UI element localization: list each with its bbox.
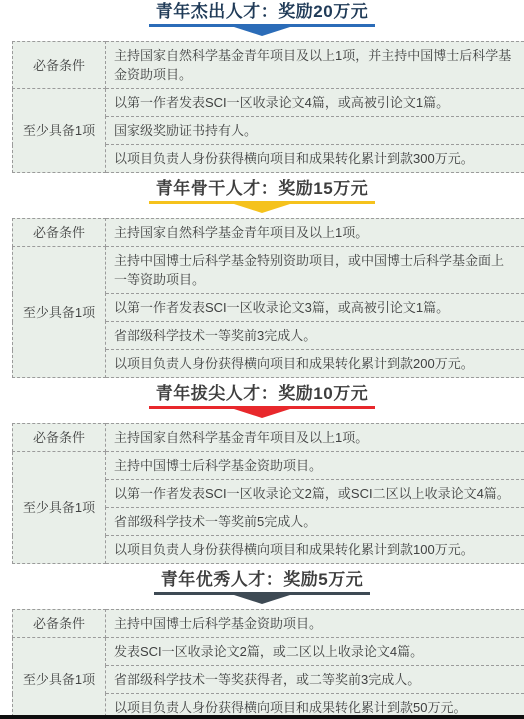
requirement-text: 主持中国博士后科学基金资助项目。 <box>106 610 524 638</box>
requirement-text: 以第一作者发表SCI一区收录论文4篇，或高被引论文1篇。 <box>106 89 524 117</box>
requirements-table: 必备条件 主持国家自然科学基金青年项目及以上1项，并主持中国博士后科学基金资助项… <box>12 41 524 173</box>
requirement-text: 以第一作者发表SCI一区收录论文3篇，或高被引论文1篇。 <box>106 294 524 322</box>
section-title-text: 青年优秀人才：奖励5万元 <box>154 569 370 595</box>
required-condition-label: 必备条件 <box>13 424 106 452</box>
requirements-table: 必备条件 主持国家自然科学基金青年项目及以上1项。 至少具备1项 主持中国博士后… <box>12 423 524 564</box>
table-row: 必备条件 主持国家自然科学基金青年项目及以上1项，并主持中国博士后科学基金资助项… <box>13 42 524 89</box>
section-title-text: 青年拔尖人才：奖励10万元 <box>149 383 375 409</box>
table-row: 至少具备1项 主持中国博士后科学基金特别资助项目，或中国博士后科学基金面上一等资… <box>13 247 524 294</box>
requirement-text: 主持中国博士后科学基金资助项目。 <box>106 452 524 480</box>
section-title: 青年杰出人才：奖励20万元 <box>0 0 524 27</box>
requirement-text: 省部级科学技术一等奖前3完成人。 <box>106 322 524 350</box>
table-row: 必备条件 主持国家自然科学基金青年项目及以上1项。 <box>13 219 524 247</box>
requirement-text: 主持中国博士后科学基金特别资助项目，或中国博士后科学基金面上一等资助项目。 <box>106 247 524 294</box>
table-row: 必备条件 主持国家自然科学基金青年项目及以上1项。 <box>13 424 524 452</box>
optional-condition-label: 至少具备1项 <box>13 452 106 564</box>
requirement-text: 主持国家自然科学基金青年项目及以上1项。 <box>106 424 524 452</box>
chevron-down-icon <box>234 204 290 213</box>
required-condition-label: 必备条件 <box>13 610 106 638</box>
section-topnotch-talent: 青年拔尖人才：奖励10万元 必备条件 主持国家自然科学基金青年项目及以上1项。 … <box>0 378 524 564</box>
section-backbone-talent: 青年骨干人才：奖励15万元 必备条件 主持国家自然科学基金青年项目及以上1项。 … <box>0 173 524 378</box>
table-row: 至少具备1项 发表SCI一区收录论文2篇，或二区以上收录论文4篇。 <box>13 638 524 666</box>
requirement-text: 省部级科学技术一等奖前5完成人。 <box>106 508 524 536</box>
section-title: 青年拔尖人才：奖励10万元 <box>0 378 524 409</box>
requirement-text: 以第一作者发表SCI一区收录论文2篇，或SCI二区以上收录论文4篇。 <box>106 480 524 508</box>
chevron-down-icon <box>234 595 290 604</box>
requirement-text: 省部级科学技术一等奖获得者，或二等奖前3完成人。 <box>106 666 524 694</box>
requirements-table: 必备条件 主持国家自然科学基金青年项目及以上1项。 至少具备1项 主持中国博士后… <box>12 218 524 378</box>
requirement-text: 国家级奖励证书持有人。 <box>106 117 524 145</box>
requirement-text: 以项目负责人身份获得横向项目和成果转化累计到款300万元。 <box>106 145 524 173</box>
required-condition-label: 必备条件 <box>13 42 106 89</box>
requirement-text: 以项目负责人身份获得横向项目和成果转化累计到款200万元。 <box>106 350 524 378</box>
table-row: 至少具备1项 主持中国博士后科学基金资助项目。 <box>13 452 524 480</box>
table-row: 必备条件 主持中国博士后科学基金资助项目。 <box>13 610 524 638</box>
requirement-text: 发表SCI一区收录论文2篇，或二区以上收录论文4篇。 <box>106 638 524 666</box>
section-title: 青年优秀人才：奖励5万元 <box>0 564 524 595</box>
bottom-crop-bar <box>0 715 524 719</box>
optional-condition-label: 至少具备1项 <box>13 638 106 719</box>
requirement-text: 主持国家自然科学基金青年项目及以上1项。 <box>106 219 524 247</box>
optional-condition-label: 至少具备1项 <box>13 247 106 378</box>
requirements-table: 必备条件 主持中国博士后科学基金资助项目。 至少具备1项 发表SCI一区收录论文… <box>12 609 524 719</box>
requirement-text: 主持国家自然科学基金青年项目及以上1项，并主持中国博士后科学基金资助项目。 <box>106 42 524 89</box>
chevron-down-icon <box>234 27 290 36</box>
section-excellent-talent: 青年优秀人才：奖励5万元 必备条件 主持中国博士后科学基金资助项目。 至少具备1… <box>0 564 524 719</box>
optional-condition-label: 至少具备1项 <box>13 89 106 173</box>
chevron-down-icon <box>234 409 290 418</box>
requirement-text: 以项目负责人身份获得横向项目和成果转化累计到款100万元。 <box>106 536 524 564</box>
section-outstanding-talent: 青年杰出人才：奖励20万元 必备条件 主持国家自然科学基金青年项目及以上1项，并… <box>0 0 524 173</box>
required-condition-label: 必备条件 <box>13 219 106 247</box>
section-title-text: 青年杰出人才：奖励20万元 <box>149 1 375 27</box>
table-row: 至少具备1项 以第一作者发表SCI一区收录论文4篇，或高被引论文1篇。 <box>13 89 524 117</box>
section-title-text: 青年骨干人才：奖励15万元 <box>149 178 375 204</box>
section-title: 青年骨干人才：奖励15万元 <box>0 173 524 204</box>
